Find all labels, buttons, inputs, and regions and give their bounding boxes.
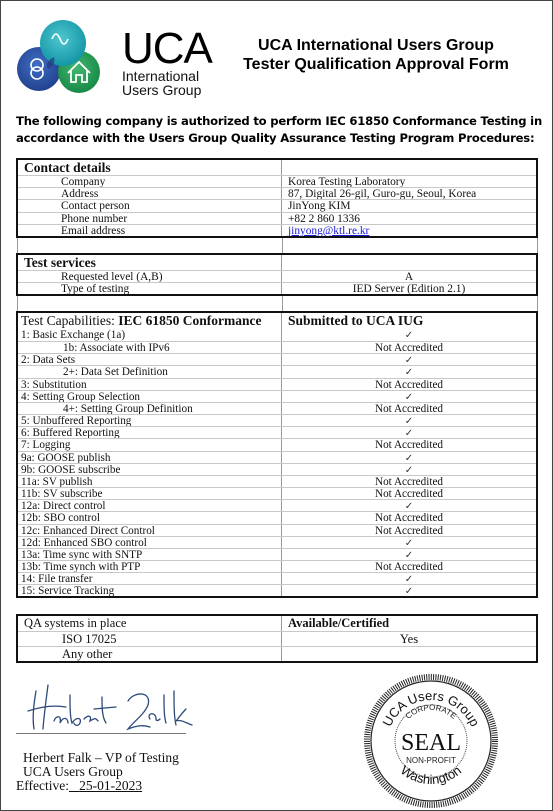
effective-date-text: 25-01-2023 [79, 778, 142, 793]
submitted-column-header: Submitted to UCA IUG [282, 313, 536, 329]
capability-label: 14: File transfer [18, 573, 282, 584]
capability-status-text: ✓ [405, 367, 413, 377]
signature-line [16, 733, 186, 734]
table-row: 2+: Data Set Definition✓ [18, 365, 536, 377]
capability-label: 2: Data Sets [18, 354, 282, 365]
table-row: 5: Unbuffered Reporting✓ [18, 414, 536, 426]
table-row: 4+: Setting Group DefinitionNot Accredit… [18, 402, 536, 414]
test-capabilities-table: Test Capabilities: IEC 61850 Conformance… [16, 311, 538, 598]
table-row: 9a: GOOSE publish✓ [18, 451, 536, 463]
table-row: Requested level (A,B) A [18, 270, 536, 282]
testing-type-label: Type of testing [18, 283, 282, 294]
check-icon: ✓ [282, 573, 536, 584]
testing-type-value: IED Server (Edition 2.1) [282, 283, 536, 294]
capability-label: 1: Basic Exchange (1a) [18, 329, 282, 341]
phone-value: +82 2 860 1336 [282, 213, 536, 224]
table-row: 11a: SV publishNot Accredited [18, 475, 536, 487]
check-icon: ✓ [282, 464, 536, 475]
qa-systems-table: QA systems in place Available/Certified … [16, 614, 538, 663]
check-icon: ✓ [282, 427, 536, 438]
capability-label: 6: Buffered Reporting [18, 427, 282, 438]
table-header-row: Test services [18, 255, 536, 270]
capability-status-text: ✓ [405, 330, 413, 341]
table-row: Contact person JinYong KIM [18, 199, 536, 211]
capability-label: 4: Setting Group Selection [18, 391, 282, 402]
table-row: 6: Buffered Reporting✓ [18, 426, 536, 438]
capability-status-text: ✓ [405, 586, 413, 596]
capability-status-text: ✓ [405, 574, 413, 584]
capability-status-text: ✓ [405, 538, 413, 548]
capability-label: 7: Logging [18, 439, 282, 450]
table-row: Any other [18, 646, 536, 661]
form-title: UCA International Users Group Tester Qua… [211, 36, 541, 74]
contact-heading: Contact details [18, 160, 282, 175]
capability-status: Not Accredited [282, 561, 536, 572]
table-header-row: QA systems in place Available/Certified [18, 616, 536, 631]
iso-17025-value: Yes [282, 632, 536, 646]
table-row: 14: File transfer✓ [18, 572, 536, 584]
capability-label: 5: Unbuffered Reporting [18, 415, 282, 426]
table-row: 13b: Time synch with PTPNot Accredited [18, 560, 536, 572]
table-row: 12c: Enhanced Direct ControlNot Accredit… [18, 524, 536, 536]
seal-subtext: NON-PROFIT [406, 756, 456, 765]
table-header-row: Contact details [18, 160, 536, 175]
capability-status: Not Accredited [282, 525, 536, 536]
intro-paragraph: The following company is authorized to p… [16, 113, 546, 147]
seal-bottom-text: Washington [398, 762, 464, 787]
capability-status-text: Not Accredited [375, 512, 443, 523]
check-icon: ✓ [282, 354, 536, 365]
check-icon: ✓ [282, 585, 536, 596]
email-link[interactable]: jinyong@ktl.re.kr [288, 225, 369, 236]
capability-status-text: ✓ [405, 501, 413, 511]
capability-label: 12d: Enhanced SBO control [18, 537, 282, 548]
capabilities-heading-prefix: Test Capabilities: [21, 313, 118, 328]
requested-level-label: Requested level (A,B) [18, 271, 282, 282]
table-row: Type of testing IED Server (Edition 2.1) [18, 282, 536, 294]
logo-acronym: UCA [122, 27, 212, 71]
capability-status-text: Not Accredited [375, 379, 443, 390]
phone-label: Phone number [18, 213, 282, 224]
uca-logo: UCA International Users Group [14, 17, 204, 95]
capability-status-text: ✓ [405, 355, 413, 365]
capability-status-text: Not Accredited [375, 525, 443, 536]
table-row: 7: LoggingNot Accredited [18, 438, 536, 450]
any-other-value [282, 647, 536, 661]
any-other-label: Any other [18, 647, 282, 661]
signatory-organization: UCA Users Group [23, 765, 123, 779]
capabilities-heading: Test Capabilities: IEC 61850 Conformance [18, 313, 282, 329]
signatory-name-title: Herbert Falk – VP of Testing [23, 751, 179, 765]
table-row: 13a: Time sync with SNTP✓ [18, 548, 536, 560]
capability-status-text: ✓ [405, 416, 413, 426]
capability-label: 4+: Setting Group Definition [18, 403, 282, 414]
capability-status-text: Not Accredited [375, 342, 443, 353]
corporate-seal-icon: UCA Users Group CORPORATE SEAL NON-PROFI… [361, 674, 501, 809]
table-row: 12d: Enhanced SBO control✓ [18, 536, 536, 548]
capability-status: Not Accredited [282, 403, 536, 414]
logo-subtitle-line1: International [122, 69, 201, 83]
title-line1: UCA International Users Group [211, 36, 541, 55]
capability-label: 1b: Associate with IPv6 [18, 342, 282, 353]
capability-status-text: ✓ [405, 428, 413, 438]
effective-date: Effective: 25-01-2023 [16, 779, 142, 793]
effective-date-value: 25-01-2023 [69, 778, 142, 793]
company-label: Company [18, 176, 282, 187]
table-row: 12a: Direct control✓ [18, 499, 536, 511]
capability-status-text: ✓ [405, 453, 413, 463]
capability-status-text: Not Accredited [375, 439, 443, 450]
capability-status: Not Accredited [282, 379, 536, 390]
table-row: Company Korea Testing Laboratory [18, 175, 536, 187]
table-row: 9b: GOOSE subscribe✓ [18, 463, 536, 475]
capability-status: Not Accredited [282, 476, 536, 487]
seal-center-text: SEAL [401, 730, 461, 756]
logo-subtitle: International Users Group [122, 69, 201, 97]
table-row: 4: Setting Group Selection✓ [18, 390, 536, 402]
capability-status-text: Not Accredited [375, 403, 443, 414]
handwritten-signature [26, 681, 196, 733]
approval-form-page: UCA International Users Group UCA Intern… [0, 0, 553, 811]
capability-label: 12c: Enhanced Direct Control [18, 525, 282, 536]
capability-status: Not Accredited [282, 342, 536, 353]
check-icon: ✓ [282, 452, 536, 463]
contact-details-table: Contact details Company Korea Testing La… [16, 158, 538, 238]
capability-status-text: ✓ [405, 465, 413, 475]
capabilities-heading-bold: IEC 61850 Conformance [118, 313, 261, 328]
check-icon: ✓ [282, 415, 536, 426]
contact-person-label: Contact person [18, 200, 282, 211]
qa-heading: QA systems in place [18, 616, 282, 631]
check-icon: ✓ [282, 549, 536, 560]
table-row: 12b: SBO controlNot Accredited [18, 511, 536, 523]
table-row: Phone number +82 2 860 1336 [18, 212, 536, 224]
capability-label: 12b: SBO control [18, 512, 282, 523]
check-icon: ✓ [282, 366, 536, 377]
svg-text:Washington: Washington [398, 762, 464, 787]
email-label: Email address [18, 225, 282, 236]
capability-label: 3: Substitution [18, 379, 282, 390]
spacer-row [17, 296, 538, 311]
address-label: Address [18, 188, 282, 199]
table-row: 1: Basic Exchange (1a)✓ [18, 329, 536, 341]
effective-label: Effective: [16, 778, 69, 793]
logo-subtitle-line2: Users Group [122, 83, 201, 97]
table-row: 2: Data Sets✓ [18, 353, 536, 365]
check-icon: ✓ [282, 537, 536, 548]
capability-status-text: ✓ [405, 392, 413, 402]
capability-label: 9a: GOOSE publish [18, 452, 282, 463]
logo-circles-icon [14, 17, 124, 95]
iso-17025-label: ISO 17025 [18, 632, 282, 646]
capability-status-text: Not Accredited [375, 476, 443, 487]
capability-label: 12a: Direct control [18, 500, 282, 511]
capability-label: 13b: Time synch with PTP [18, 561, 282, 572]
capability-status: Not Accredited [282, 488, 536, 499]
check-icon: ✓ [282, 391, 536, 402]
capability-label: 11b: SV subscribe [18, 488, 282, 499]
table-row: 15: Service Tracking✓ [18, 584, 536, 596]
requested-level-value: A [282, 271, 536, 282]
contact-person-value: JinYong KIM [282, 200, 536, 211]
spacer-row [17, 238, 538, 253]
company-value: Korea Testing Laboratory [282, 176, 536, 187]
capability-label: 15: Service Tracking [18, 585, 282, 596]
table-row: 11b: SV subscribeNot Accredited [18, 487, 536, 499]
qa-column-header: Available/Certified [282, 616, 536, 631]
address-value: 87, Digital 26-gil, Guro-gu, Seoul, Kore… [282, 188, 536, 199]
table-header-row: Test Capabilities: IEC 61850 Conformance… [18, 313, 536, 329]
check-icon: ✓ [282, 329, 536, 341]
capability-label: 2+: Data Set Definition [18, 366, 282, 377]
table-row: Address 87, Digital 26-gil, Guro-gu, Seo… [18, 187, 536, 199]
capability-status-text: ✓ [405, 550, 413, 560]
services-heading: Test services [18, 255, 282, 270]
capability-status: Not Accredited [282, 439, 536, 450]
capability-status-text: Not Accredited [375, 488, 443, 499]
table-row: 1b: Associate with IPv6Not Accredited [18, 341, 536, 353]
table-row: ISO 17025 Yes [18, 631, 536, 646]
capability-status: Not Accredited [282, 512, 536, 523]
capability-label: 11a: SV publish [18, 476, 282, 487]
table-row: 3: SubstitutionNot Accredited [18, 378, 536, 390]
title-line2: Tester Qualification Approval Form [211, 55, 541, 74]
capability-label: 13a: Time sync with SNTP [18, 549, 282, 560]
test-services-table: Test services Requested level (A,B) A Ty… [16, 253, 538, 296]
check-icon: ✓ [282, 500, 536, 511]
capability-status-text: Not Accredited [375, 561, 443, 572]
capability-label: 9b: GOOSE subscribe [18, 464, 282, 475]
table-row: Email address jinyong@ktl.re.kr [18, 224, 536, 236]
